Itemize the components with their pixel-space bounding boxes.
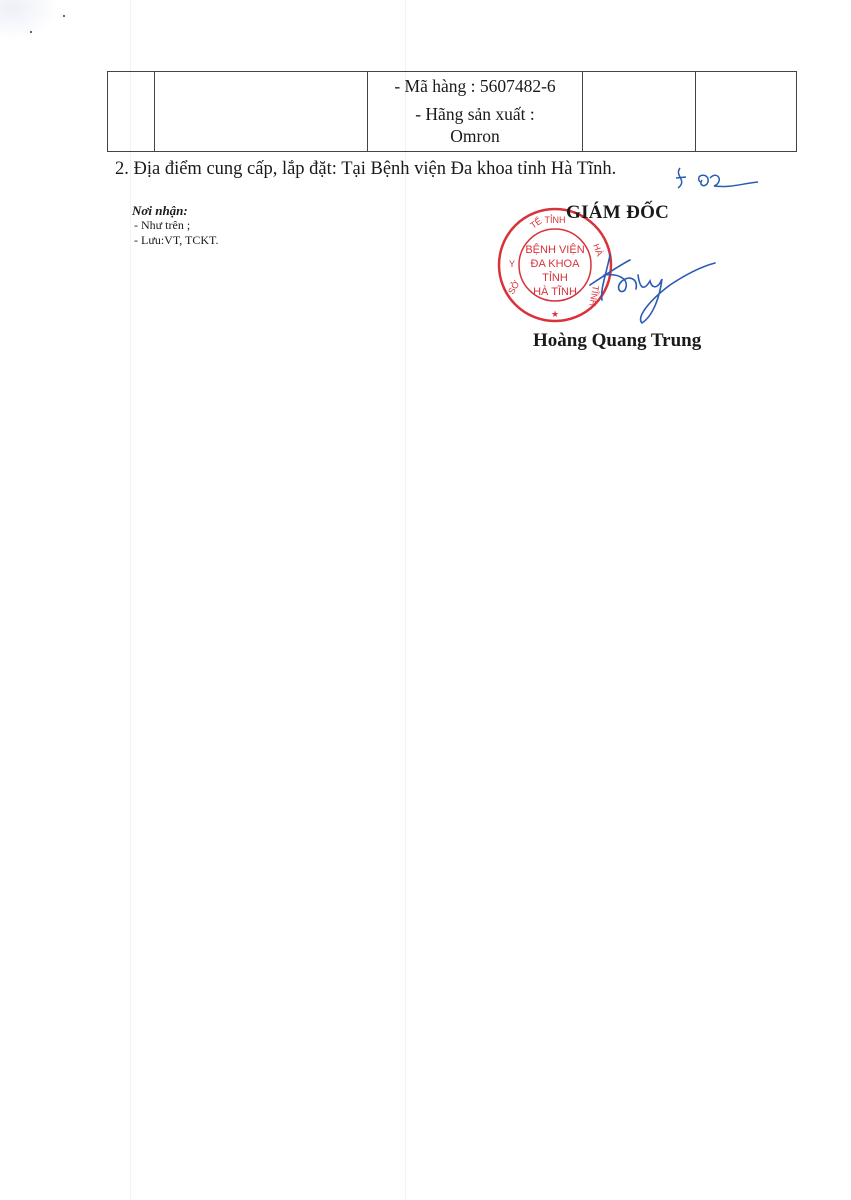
svg-text:BỆNH VIỆN: BỆNH VIỆN [525,243,584,256]
handwritten-signature-icon [580,245,720,330]
scan-artifact [405,0,406,1200]
svg-text:ĐA KHOA: ĐA KHOA [531,258,581,270]
table-cell-unit [583,72,696,152]
signer-title: GIÁM ĐỐC [566,202,669,224]
handwritten-initials-icon [670,160,765,205]
svg-text:HÀ TĨNH: HÀ TĨNH [533,285,577,298]
signer-name: Hoàng Quang Trung [533,330,701,352]
svg-text:TỈNH: TỈNH [545,214,566,225]
svg-text:★: ★ [551,309,559,319]
manufacturer-label: - Hãng sản xuất : [368,103,582,125]
manufacturer-value: Omron [368,125,582,147]
product-code: - Mã hàng : 5607482-6 [368,75,582,97]
svg-text:Y: Y [509,259,515,269]
recipients-heading: Nơi nhận: [132,203,219,218]
table-cell-description: - Mã hàng : 5607482-6 - Hãng sản xuất : … [368,72,583,152]
scan-speck [63,15,65,17]
svg-text:TẾ: TẾ [528,216,543,231]
table-row: - Mã hàng : 5607482-6 - Hãng sản xuất : … [108,72,797,152]
svg-text:TỈNH: TỈNH [542,271,568,284]
scan-artifact [130,0,131,1200]
recipients-block: Nơi nhận: - Như trên ; - Lưu:VT, TCKT. [132,203,219,248]
table-cell-name [155,72,368,152]
recipient-item: - Lưu:VT, TCKT. [132,233,219,248]
items-table: - Mã hàng : 5607482-6 - Hãng sản xuất : … [107,71,797,152]
table-cell-index [108,72,155,152]
delivery-location: 2. Địa điểm cung cấp, lắp đặt: Tại Bệnh … [115,159,616,180]
recipient-item: - Như trên ; [132,218,219,233]
table-cell-quantity [696,72,797,152]
scan-artifact [0,0,60,40]
scan-speck [30,31,32,33]
